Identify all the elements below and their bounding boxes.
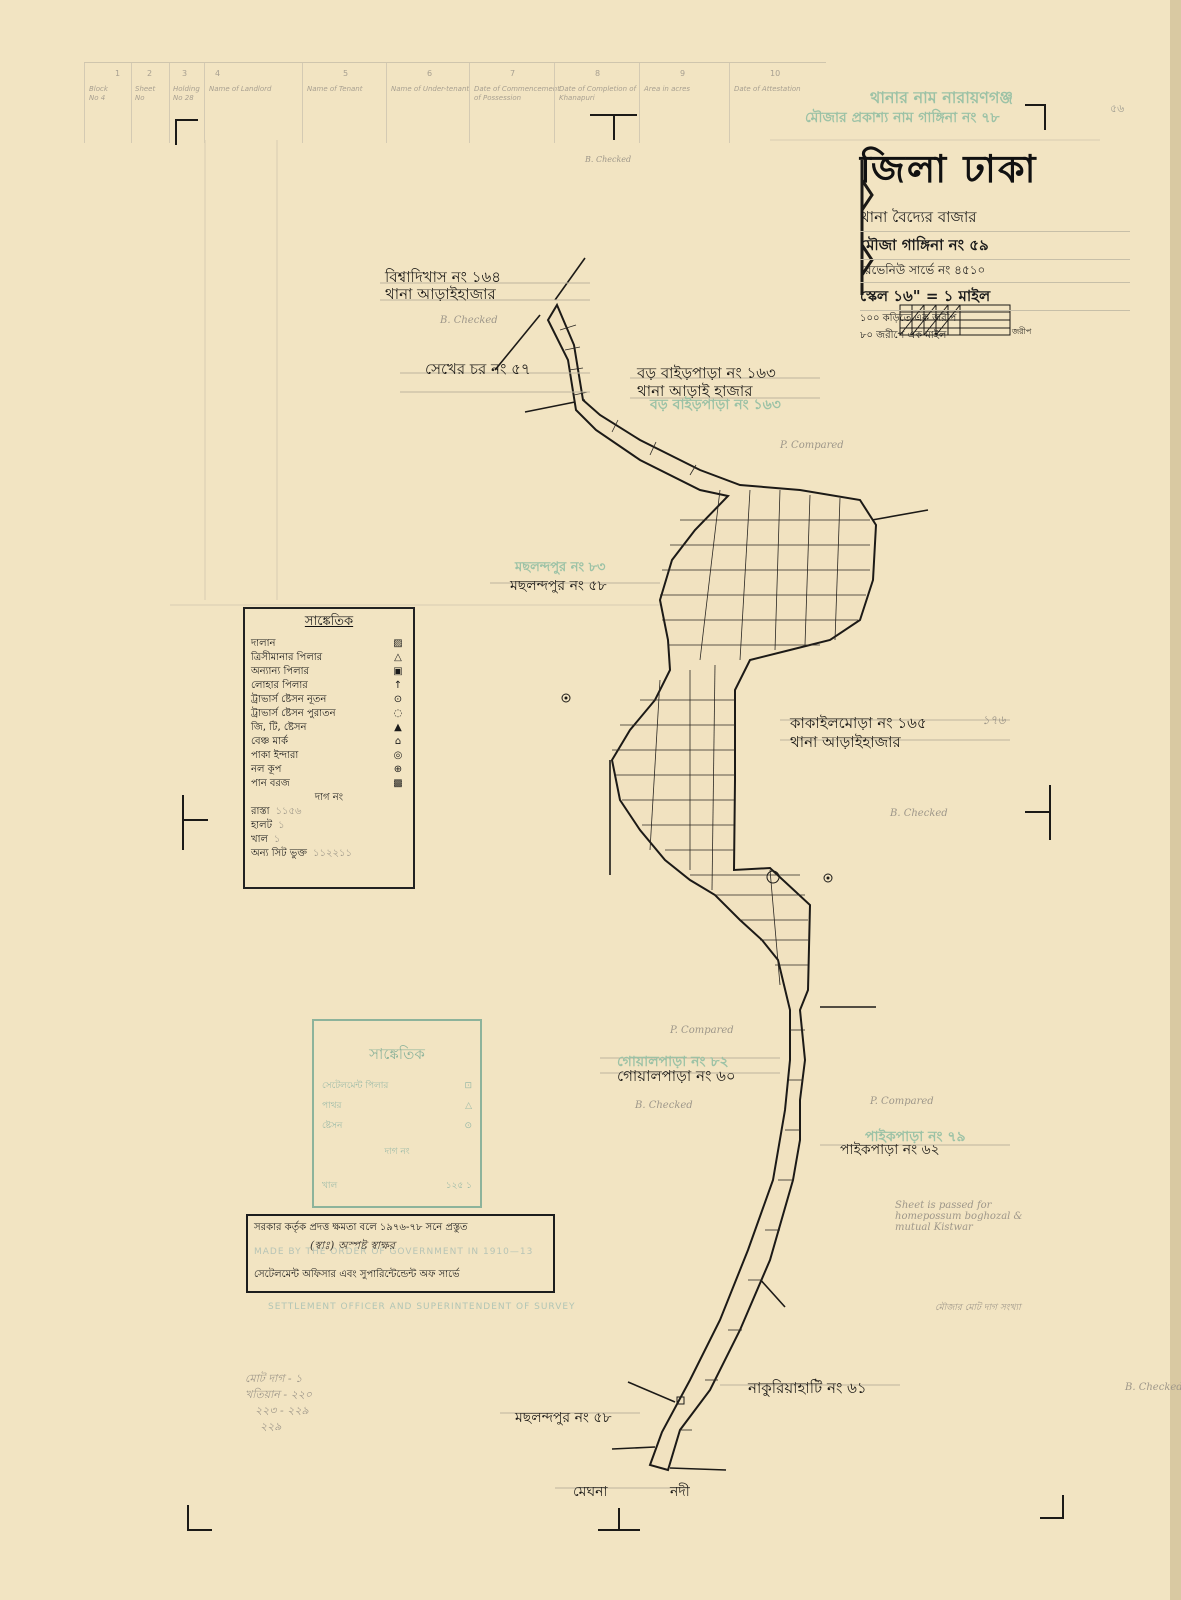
circle-dot-icon: ⊙: [389, 693, 407, 707]
stamp-signature: (স্বাঃ) অস্পষ্ট স্বাক্ষর: [310, 1237, 395, 1256]
legend-label: নল কূপ: [251, 763, 281, 777]
triangle-icon: △: [465, 1096, 472, 1116]
legend-label: সেটেলমেন্ট পিলার: [322, 1076, 388, 1096]
neighbour-nakuriahati: নাকুরিয়াহাটি নং ৬১: [748, 1377, 867, 1402]
legend-label: রাস্তা: [251, 805, 270, 819]
legend-label: অন্য সিট ভুক্ত: [251, 847, 307, 861]
legend-label: ত্রিসীমানার পিলার: [251, 651, 322, 665]
legend-row: ত্রিসীমানার পিলার△: [245, 651, 413, 665]
neighbour-paikpara: পাইকপাড়া নং ৬২: [840, 1138, 940, 1162]
scale-note-1: ১০০ কড়িতে এক জরীপ: [860, 311, 1130, 328]
circle-cross-icon: ⊕: [389, 763, 407, 777]
title-block: জিলা ঢাকা থানা বৈদ্যের বাজার মৌজা গাঙ্গি…: [860, 140, 1130, 345]
square-dot-icon: ▣: [389, 665, 407, 679]
pencil-compared-note: P. Compared: [780, 440, 844, 451]
stamp-officer-line: সেটেলমেন্ট অফিসার এবং সুপারিন্টেন্ডেন্ট …: [248, 1257, 553, 1284]
legend-dag-header: দাগ নং: [245, 791, 413, 805]
pencil-checked-note: B. Checked: [1125, 1382, 1181, 1393]
legend-row: রাস্তা১১৫৬: [245, 805, 413, 819]
bench-mark-icon: ⌂: [389, 735, 407, 749]
ghost-corner-number: ৫৬: [1110, 100, 1124, 119]
legend-label: খাল: [322, 1176, 337, 1196]
legend-label: পান বরজ: [251, 777, 290, 791]
legend-row: জি, টি, ষ্টেসন▲: [245, 721, 413, 735]
legend-label: পাকা ইন্দারা: [251, 749, 298, 763]
legend-label: লোহার পিলার: [251, 679, 308, 693]
scale-note-2: ৮০ জরীপে এক মাইল: [860, 328, 1130, 345]
arrow-up-icon: ↑: [389, 679, 407, 693]
legend-old-row: সেটেলমেন্ট পিলার⊡: [314, 1076, 480, 1096]
neighbour-machhlandapur-north: মছলন্দপুর নং ৫৮: [510, 574, 607, 598]
legend-old-title: সাঙ্কেতিক: [314, 1043, 480, 1068]
pencil-checked-note: B. Checked: [635, 1100, 693, 1111]
legend-row: লোহার পিলার↑: [245, 679, 413, 693]
kakailmora-note: ১৭৬: [982, 712, 1005, 732]
legend-row: দালান▨: [245, 637, 413, 651]
legend-box: সাঙ্কেতিক দালান▨ ত্রিসীমানার পিলার△ অন্য…: [243, 607, 415, 889]
circle-dot-icon: ⊙: [464, 1116, 472, 1136]
pencil-checked-note: B. Checked: [585, 155, 631, 164]
legend-label: ট্রাভার্স ষ্টেসন নূতন: [251, 693, 326, 707]
legend-row: অন্যান্য পিলার▣: [245, 665, 413, 679]
triangle-icon: △: [389, 651, 407, 665]
pencil-bottom-right-note: মৌজার মোট দাগ সংখ্যা: [935, 1300, 1021, 1315]
hatched-rect-icon: ▨: [389, 637, 407, 651]
pencil-pass-note: Sheet is passed for homepossum boghozal …: [895, 1200, 1045, 1233]
legend-label: জি, টি, ষ্টেসন: [251, 721, 306, 735]
neighbour-baro-bairpara-thana: থানা আড়াই হাজার: [637, 380, 753, 405]
ghost-mouza-alias: মৌজার প্রকাশ্য নাম গাঙ্গিনা নং ৭৮: [805, 106, 999, 130]
legend-label: অন্যান্য পিলার: [251, 665, 309, 679]
pencil-compared-note: P. Compared: [670, 1025, 734, 1036]
legend-old-row: ষ্টেসন⊙: [314, 1116, 480, 1136]
revenue-survey-line: রেভেনিউ সার্ভে নং ৪৫১০: [860, 262, 1130, 283]
neighbour-machhlandapur-south: মছলন্দপুর নং ৫৮: [515, 1406, 612, 1430]
legend-row: নল কূপ⊕: [245, 763, 413, 777]
pencil-compared-note: P. Compared: [870, 1096, 934, 1107]
legend-row: ট্রাভার্স ষ্টেসন নূতন⊙: [245, 693, 413, 707]
scale-line: স্কেল ১৬" = ১ মাইল: [860, 285, 1130, 311]
legend-label: দাগ নং: [315, 791, 343, 805]
legend-row: পাকা ইন্দারা◎: [245, 749, 413, 763]
neighbour-bishwadikhas-thana: থানা আড়াইহাজার: [385, 283, 496, 308]
pencil-summary-note: ২২৯: [260, 1418, 281, 1437]
nested-triangle-icon: ▲: [389, 721, 407, 735]
legend-label: বেঞ্চ মার্ক: [251, 735, 288, 749]
legend-row: খাল১: [245, 833, 413, 847]
stamp-ghost-line: MADE BY THE ORDER OF GOVERNMENT IN 1910—…: [248, 1237, 553, 1257]
legend-value: ১১৫৬: [276, 805, 302, 819]
legend-row: বেঞ্চ মার্ক⌂: [245, 735, 413, 749]
legend-row: পান বরজ▩: [245, 777, 413, 791]
legend-old-box: সাঙ্কেতিক সেটেলমেন্ট পিলার⊡ পাথর△ ষ্টেসন…: [312, 1019, 482, 1208]
legend-title: সাঙ্কেতিক: [245, 612, 413, 633]
legend-label: ষ্টেসন: [322, 1116, 342, 1136]
neighbour-goalpara: গোয়ালপাড়া নং ৬০: [617, 1065, 736, 1090]
river-meghna: মেঘনা: [573, 1480, 608, 1504]
neighbour-shekher-char: সেখের চর নং ৫৭: [425, 358, 531, 383]
legend-label: খাল: [251, 833, 268, 847]
square-circle-icon: ⊡: [464, 1076, 472, 1096]
stamp-prepared-line: সরকার কর্তৃক প্রদত্ত ক্ষমতা বলে ১৯৭৬-৭৮ …: [248, 1216, 553, 1237]
settlement-stamp: সরকার কর্তৃক প্রদত্ত ক্ষমতা বলে ১৯৭৬-৭৮ …: [246, 1214, 555, 1293]
pencil-checked-note: B. Checked: [440, 315, 498, 326]
district-title: জিলা ঢাকা: [860, 140, 1130, 204]
neighbour-kakailmora-thana: থানা আড়াইহাজার: [790, 731, 901, 756]
circle-dotted-icon: ◌: [389, 707, 407, 721]
legend-label: দালান: [251, 637, 275, 651]
legend-label: ট্রাভার্স ষ্টেসন পুরাতন: [251, 707, 336, 721]
legend-value: ১: [274, 833, 281, 847]
legend-value: ১২৫ ১: [446, 1176, 472, 1196]
legend-row: অন্য সিট ভুক্ত১১২২১১: [245, 847, 413, 861]
legend-old-dag-header: দাগ নং: [314, 1142, 480, 1162]
legend-old-row: খাল১২৫ ১: [314, 1176, 480, 1196]
pencil-checked-note: B. Checked: [890, 808, 948, 819]
legend-label: দাগ নং: [384, 1142, 409, 1162]
credit-ghost-line: SETTLEMENT OFFICER AND SUPERINTENDENT OF…: [268, 1302, 576, 1312]
thana-line: থানা বৈদ্যের বাজার: [860, 206, 1130, 232]
river-label: নদী: [670, 1480, 690, 1504]
legend-old-row: পাথর△: [314, 1096, 480, 1116]
legend-value: ১: [278, 819, 285, 833]
legend-value: ১১২২১১: [313, 847, 352, 861]
scale-bar-unit: জরীপ: [1012, 326, 1031, 339]
legend-label: পাথর: [322, 1096, 342, 1116]
mouza-line: মৌজা গাঙ্গিনা নং ৫৯: [860, 234, 1130, 260]
double-circle-icon: ◎: [389, 749, 407, 763]
legend-row: হালট১: [245, 819, 413, 833]
legend-row: ট্রাভার্স ষ্টেসন পুরাতন◌: [245, 707, 413, 721]
legend-label: হালট: [251, 819, 272, 833]
hatched-box-icon: ▩: [389, 777, 407, 791]
